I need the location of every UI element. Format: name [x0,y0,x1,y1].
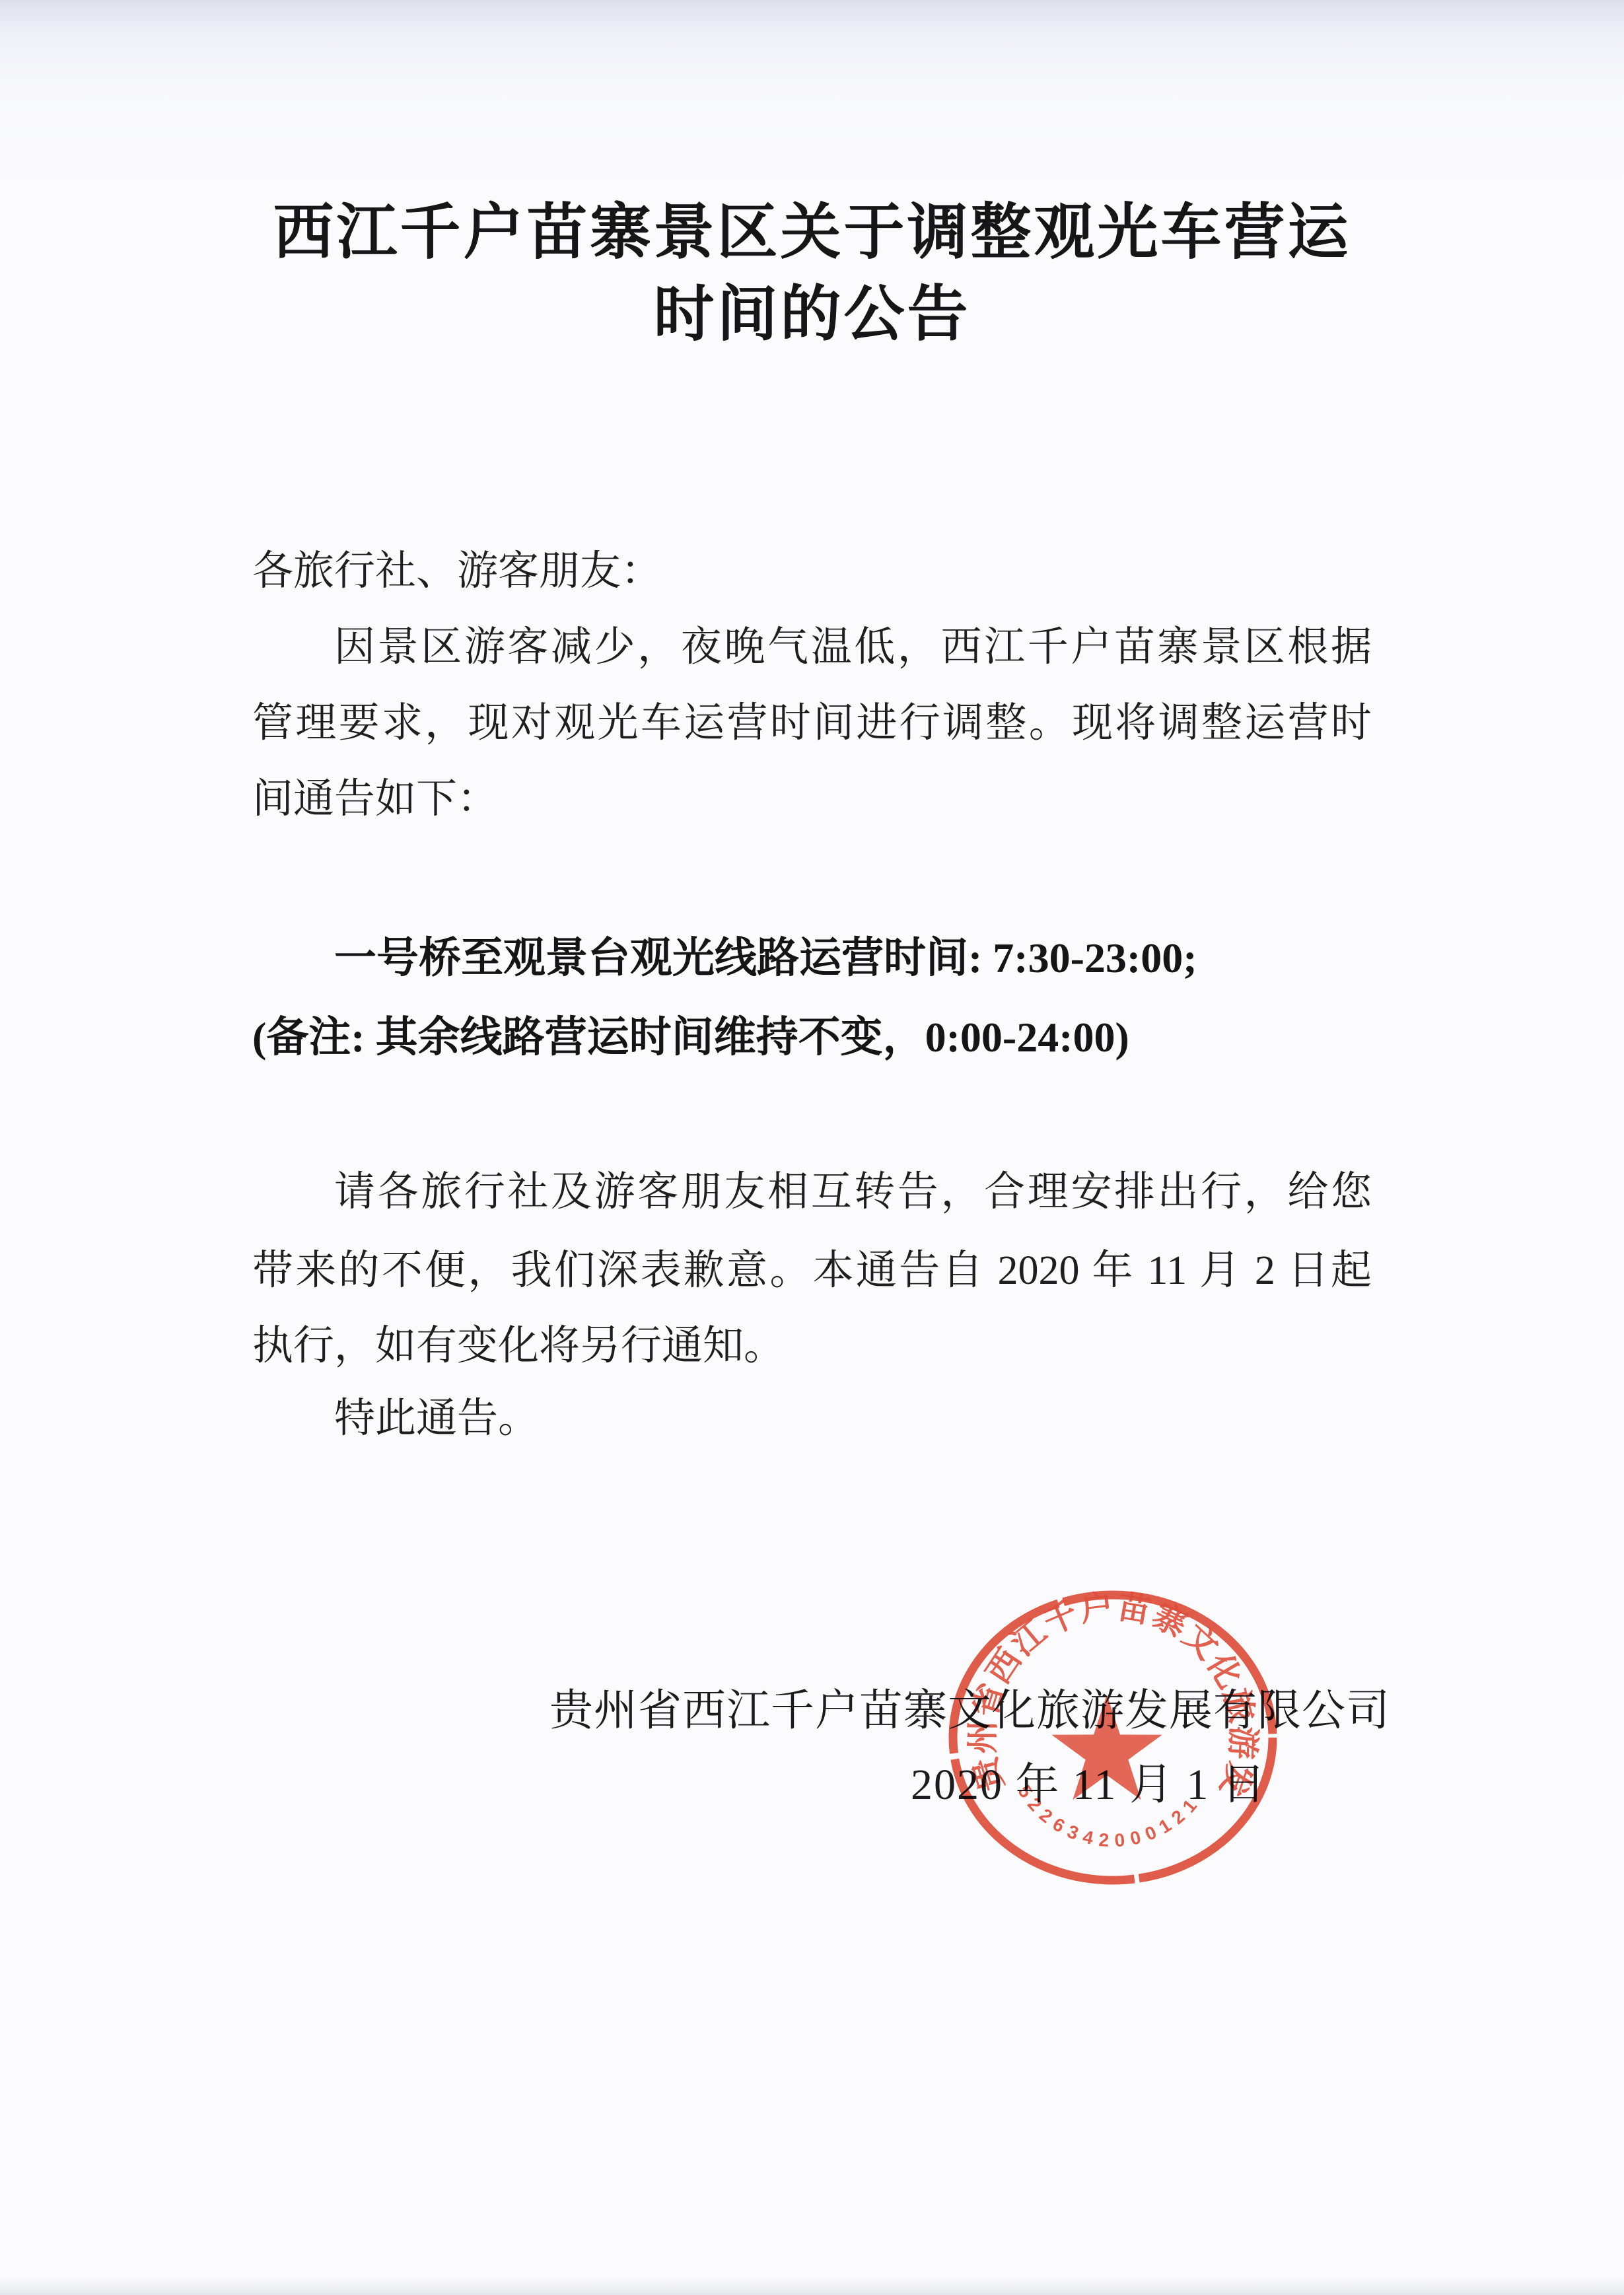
greeting-line: 各旅行社、游客朋友： [252,549,1372,593]
paragraph2-line1: 请各旅行社及游客朋友相互转告，合理安排出行，给您 [252,1170,1372,1214]
document-title-line1: 西江千户苗寨景区关于调整观光车营运 [0,199,1624,265]
paragraph1-line1: 因景区游客减少，夜晚气温低，西江千户苗寨景区根据 [252,625,1372,669]
svg-text:5226342000121: 5226342000121 [1014,1782,1205,1851]
official-seal-stamp: 贵州省西江千户苗寨文化旅游发展有限公司 5226342000121 [943,1586,1283,1891]
scan-shading-bottom [0,2278,1624,2295]
closing-line: 特此通告。 [252,1397,1372,1440]
star-icon [1051,1695,1162,1800]
scanned-notice-page: 西江千户苗寨景区关于调整观光车营运 时间的公告 各旅行社、游客朋友： 因景区游客… [0,0,1624,2295]
scan-shading-top [0,0,1624,192]
paragraph1-line3: 间通告如下： [252,777,1372,821]
document-title-line2: 时间的公告 [0,281,1624,347]
notice-schedule-line: 一号桥至观景台观光线路运营时间: 7:30-23:00; [334,936,1372,980]
notice-remark-line: (备注: 其余线路营运时间维持不变，0:00-24:00) [252,1016,1372,1059]
paragraph2-line2: 带来的不便，我们深表歉意。本通告自 2020 年 11 月 2 日起 [252,1249,1372,1292]
paragraph2-line3: 执行，如有变化将另行通知。 [252,1324,1372,1368]
stamp-serial-number: 5226342000121 [1014,1782,1205,1851]
paragraph1-line2: 管理要求，现对观光车运营时间进行调整。现将调整运营时 [252,701,1372,745]
